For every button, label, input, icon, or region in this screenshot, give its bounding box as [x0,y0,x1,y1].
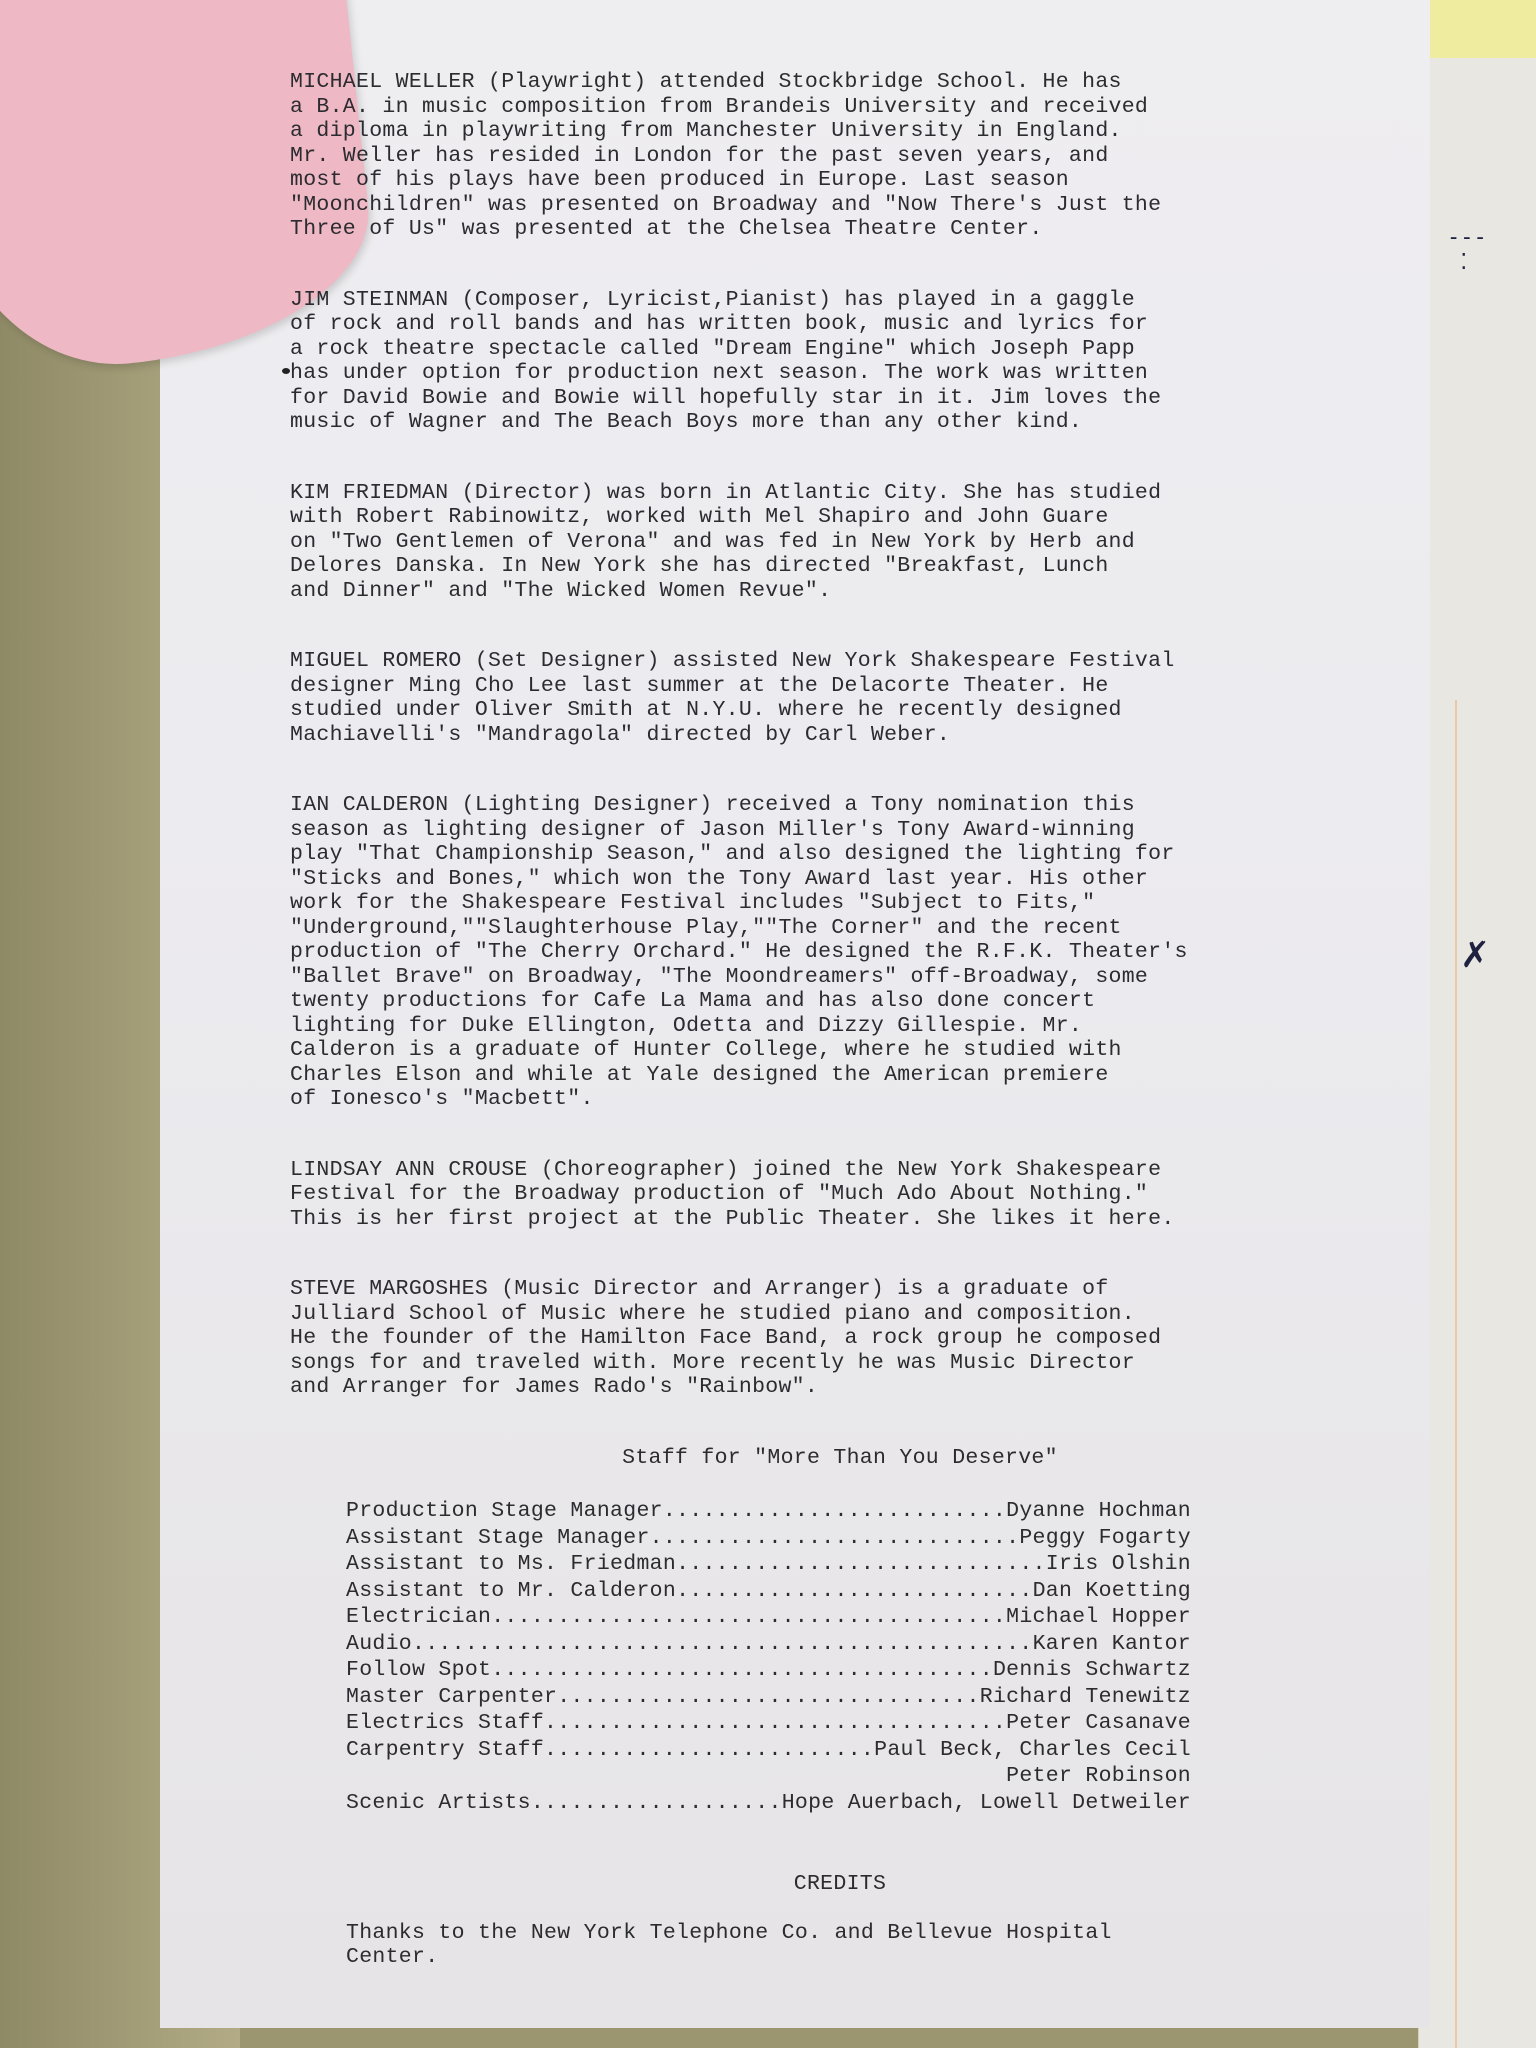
staff-person: Karen Kantor [1033,1631,1191,1658]
staff-heading: Staff for "More Than You Deserve" [290,1446,1270,1471]
staff-person: Peter Casanave [1006,1710,1191,1737]
staff-row: Master CarpenterRichard Tenewitz [346,1684,1191,1711]
dot-leader [531,1790,782,1817]
staff-role: Electrics Staff [346,1710,544,1737]
staff-row: Assistant Stage ManagerPeggy Fogarty [346,1525,1191,1552]
dot-leader [650,1525,1020,1552]
staff-role: Master Carpenter [346,1684,557,1711]
bio-ian-calderon: IAN CALDERON (Lighting Designer) receive… [290,793,1350,1112]
staff-row: Peter Robinson [346,1763,1191,1790]
staff-role: Carpentry Staff [346,1737,544,1764]
staff-person: Paul Beck, Charles Cecil [874,1737,1191,1764]
staff-row: Electrics StaffPeter Casanave [346,1710,1191,1737]
staff-role: Follow Spot [346,1657,491,1684]
dot-leader [491,1657,993,1684]
bio-miguel-romero: MIGUEL ROMERO (Set Designer) assisted Ne… [290,649,1350,747]
staff-role: Scenic Artists [346,1790,531,1817]
dot-leader [676,1551,1046,1578]
staff-role: Audio [346,1631,412,1658]
staff-row: ElectricianMichael Hopper [346,1604,1191,1631]
staff-person: Dyanne Hochman [1006,1498,1191,1525]
bio-jim-steinman: JIM STEINMAN (Composer, Lyricist,Pianist… [290,288,1350,435]
bio-steve-margoshes: STEVE MARGOSHES (Music Director and Arra… [290,1277,1350,1400]
dot-leader [491,1604,1006,1631]
staff-row: Scenic ArtistsHope Auerbach, Lowell Detw… [346,1790,1191,1817]
staff-person: Dennis Schwartz [993,1657,1191,1684]
bio-kim-friedman: KIM FRIEDMAN (Director) was born in Atla… [290,481,1350,604]
staff-row: Assistant to Mr. CalderonDan Koetting [346,1578,1191,1605]
underlying-page [1418,58,1536,2048]
handwritten-cross-mark: ✗ [1460,935,1500,985]
bio-lindsay-ann-crouse: LINDSAY ANN CROUSE (Choreographer) joine… [290,1158,1350,1232]
credits-text: Thanks to the New York Telephone Co. and… [346,1921,1286,1970]
staff-person: Peggy Fogarty [1019,1525,1191,1552]
dot-leader [663,1498,1006,1525]
staff-person: Peter Robinson [1006,1763,1191,1790]
dot-leader [412,1631,1033,1658]
dot-leader [557,1684,980,1711]
staff-role: Assistant to Mr. Calderon [346,1578,676,1605]
staff-role: Assistant Stage Manager [346,1525,650,1552]
staff-row: Assistant to Ms. FriedmanIris Olshin [346,1551,1191,1578]
page-edge-line [1455,700,1457,2048]
staff-row: Production Stage ManagerDyanne Hochman [346,1498,1191,1525]
staff-role: Electrician [346,1604,491,1631]
staff-person: Richard Tenewitz [980,1684,1191,1711]
staff-row: Follow SpotDennis Schwartz [346,1657,1191,1684]
credits-heading: CREDITS [290,1872,1270,1897]
staff-person: Dan Koetting [1033,1578,1191,1605]
staff-person: Michael Hopper [1006,1604,1191,1631]
staff-list: Production Stage ManagerDyanne HochmanAs… [346,1498,1191,1816]
staff-person: Iris Olshin [1046,1551,1191,1578]
page-content: MICHAEL WELLER (Playwright) attended Sto… [290,70,1350,1970]
ink-blot [282,368,290,374]
staff-row: AudioKaren Kantor [346,1631,1191,1658]
staff-role: Assistant to Ms. Friedman [346,1551,676,1578]
staff-role: Production Stage Manager [346,1498,663,1525]
dot-leader [544,1710,1006,1737]
handwritten-mark-top: ‑‑- ⁚ [1447,225,1487,275]
dot-leader [676,1578,1033,1605]
dot-leader [544,1737,874,1764]
bio-michael-weller: MICHAEL WELLER (Playwright) attended Sto… [290,70,1350,242]
staff-row: Carpentry StaffPaul Beck, Charles Cecil [346,1737,1191,1764]
staff-person: Hope Auerbach, Lowell Detweiler [782,1790,1191,1817]
